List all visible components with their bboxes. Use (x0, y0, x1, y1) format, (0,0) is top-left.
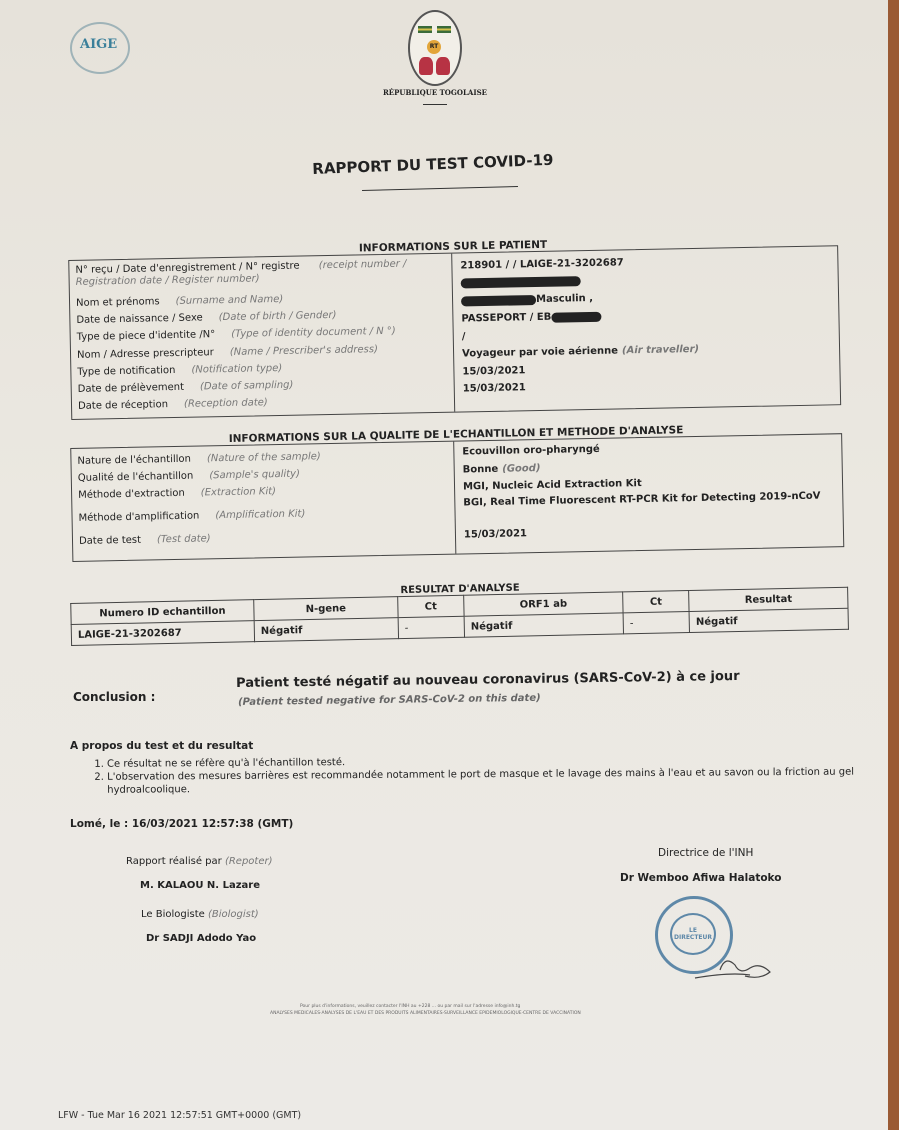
label-receipt: N° reçu / Date d'enregistrement / N° reg… (75, 261, 299, 276)
label-nature-en: (Nature of the sample) (207, 451, 321, 464)
value-notification-text: Voyageur par voie aérienne (462, 346, 618, 360)
footer-contact: Pour plus d'informations, veuillez conta… (300, 1004, 520, 1009)
value-gender: Masculin , (536, 293, 593, 305)
about-title: A propos du test et du resultat (70, 740, 253, 752)
country-name: RÉPUBLIQUE TOGOLAISE (380, 88, 490, 97)
label-reception-en: (Reception date) (184, 397, 268, 410)
value-quality-en: (Good) (502, 463, 540, 475)
lion-icon (419, 57, 433, 75)
patient-labels: N° reçu / Date d'enregistrement / N° reg… (69, 254, 455, 419)
aige-logo-text: AIGE (80, 37, 117, 52)
emblem-shield: RT (427, 40, 441, 54)
results-section: RESULTAT D'ANALYSE Numero ID echantillon… (70, 576, 851, 646)
lion-icon (436, 57, 450, 75)
label-sampling-en: (Date of sampling) (200, 380, 294, 393)
about-list: Ce résultat ne se réfère qu'à l'échantil… (75, 752, 877, 797)
value-notification-en: (Air traveller) (622, 344, 699, 356)
label-notification: Type de notification (77, 365, 175, 378)
cell-n-gene: Négatif (254, 618, 398, 642)
label-name: Nom et prénoms (76, 296, 160, 309)
cell-ct: - (623, 612, 690, 634)
conclusion-en: (Patient tested negative for SARS-CoV-2 … (238, 693, 541, 708)
sample-section: INFORMATIONS SUR LA QUALITE DE L'ECHANTI… (70, 421, 844, 562)
label-name-en: (Surname and Name) (176, 294, 284, 307)
togo-emblem: RT (408, 10, 462, 86)
reporter-label-en: (Repoter) (225, 856, 273, 867)
cell-orf1ab: Négatif (464, 613, 623, 637)
reporter-label: Rapport réalisé par (126, 856, 222, 867)
cell-sample-id: LAIGE-21-3202687 (71, 621, 254, 646)
value-id-type: PASSEPORT / EB (461, 312, 551, 325)
biologist-label: Le Biologiste (141, 909, 205, 920)
biologist-label-en: (Biologist) (208, 909, 259, 920)
header-ct: Ct (398, 595, 465, 617)
divider (423, 104, 447, 105)
label-quality: Qualité de l'échantillon (78, 471, 194, 484)
label-id-en: (Type of identity document / N °) (231, 326, 396, 340)
footer-services: ANALYSES MEDICALES·ANALYSES DE L'EAU ET … (270, 1011, 581, 1016)
label-reception: Date de réception (78, 399, 168, 412)
label-quality-en: (Sample's quality) (209, 469, 300, 482)
label-amplification-en: (Amplification Kit) (215, 509, 305, 522)
label-notification-en: (Notification type) (191, 363, 282, 376)
director-label: Directrice de l'INH (658, 847, 753, 859)
director-name: Dr Wemboo Afiwa Halatoko (620, 872, 781, 884)
document-page: AIGE RT RÉPUBLIQUE TOGOLAISE RAPPORT DU … (0, 0, 888, 1130)
label-amplification: Méthode d'amplification (78, 511, 199, 524)
place-date: Lomé, le : 16/03/2021 12:57:38 (GMT) (70, 818, 293, 830)
patient-section: INFORMATIONS SUR LE PATIENT N° reçu / Da… (68, 233, 841, 420)
conclusion-label: Conclusion : (73, 690, 155, 704)
cell-result: Négatif (689, 608, 848, 632)
stamp-inner: LE DIRECTEUR (670, 913, 716, 955)
signature-icon (690, 950, 780, 985)
value-quality-text: Bonne (463, 464, 499, 476)
label-extraction: Méthode d'extraction (78, 488, 185, 501)
label-id: Type de piece d'identite /N° (77, 330, 216, 344)
label-nature: Nature de l'échantillon (77, 454, 191, 467)
list-item: L'observation des mesures barrières est … (107, 765, 877, 796)
biologist-label-line: Le Biologiste (Biologist) (141, 909, 259, 920)
redaction (551, 311, 601, 322)
conclusion-text: Patient testé négatif au nouveau coronav… (236, 669, 740, 691)
biologist-name: Dr SADJI Adodo Yao (146, 933, 256, 944)
page-title: RAPPORT DU TEST COVID-19 (312, 151, 554, 178)
flag-icon (437, 26, 451, 33)
label-sampling: Date de prélèvement (78, 382, 185, 395)
title-underline (362, 186, 518, 191)
label-test-date-en: (Test date) (157, 533, 211, 545)
flag-icon (418, 26, 432, 33)
label-test-date: Date de test (79, 534, 141, 546)
cell-ct: - (398, 616, 465, 638)
label-prescriber: Nom / Adresse prescripteur (77, 347, 214, 361)
label-dob: Date de naissance / Sexe (76, 313, 203, 326)
label-prescriber-en: (Name / Prescriber's address) (230, 344, 378, 358)
label-dob-en: (Date of birth / Gender) (219, 310, 337, 323)
sample-labels: Nature de l'échantillon(Nature of the sa… (71, 442, 456, 561)
patient-values: 218901 / / LAIGE-21-3202687 Masculin , P… (452, 246, 840, 411)
sample-values: Ecouvillon oro-pharyngé Bonne(Good) MGI,… (454, 434, 843, 553)
stamp-text: LE DIRECTEUR (674, 927, 712, 941)
redaction (461, 295, 536, 306)
reporter-label-line: Rapport réalisé par (Repoter) (126, 856, 273, 867)
print-timestamp: LFW - Tue Mar 16 2021 12:57:51 GMT+0000 … (58, 1110, 301, 1121)
header-n-gene: N-gene (254, 597, 398, 621)
label-extraction-en: (Extraction Kit) (201, 487, 276, 499)
header-ct: Ct (623, 591, 690, 613)
reporter-name: M. KALAOU N. Lazare (140, 880, 260, 891)
redaction (461, 277, 581, 289)
aige-logo: AIGE (70, 22, 130, 74)
